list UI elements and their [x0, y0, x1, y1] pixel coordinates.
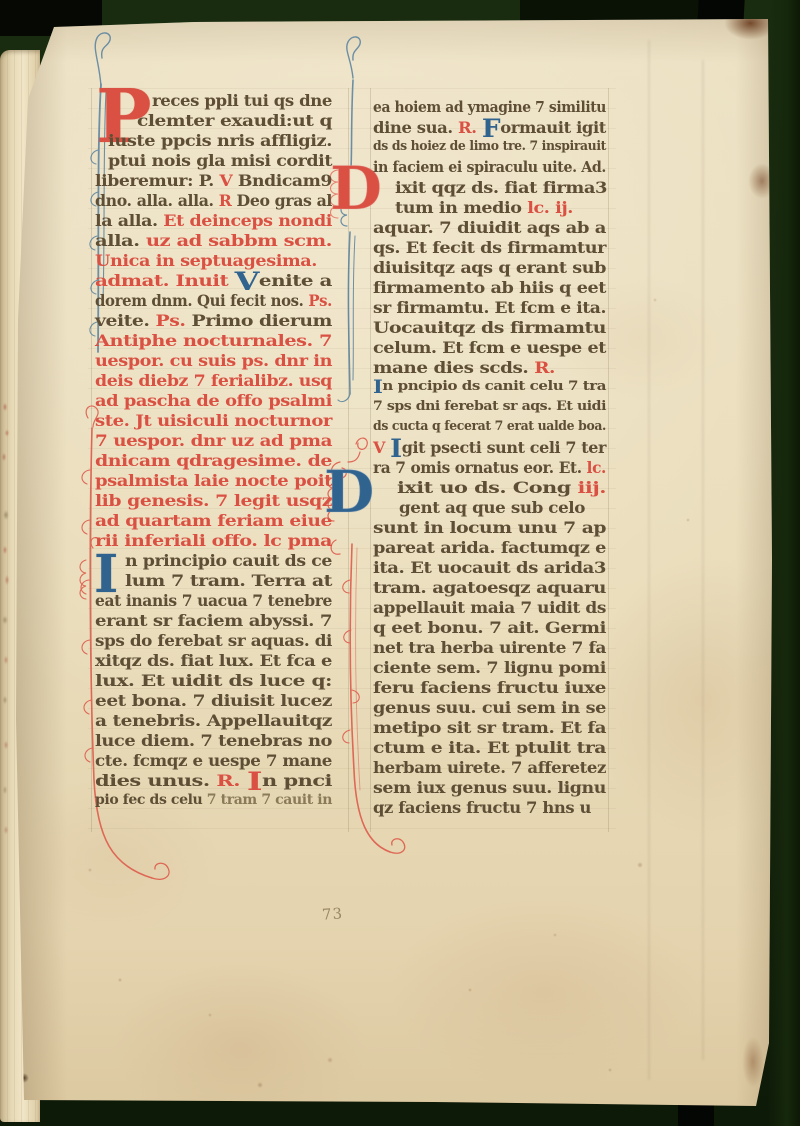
right-column-line-34: herbam uirete. 7 afferetez	[373, 760, 598, 777]
right-column-line-14: mane dies scds. R.	[373, 360, 531, 377]
left-column-line-8: alla. uz ad sabbm scm.	[95, 233, 289, 250]
left-column-line-29: xitqz ds. fiat lux. Et fca e	[95, 653, 307, 670]
right-column-line-19: ra 7 omis ornatus eor. Et. lc.	[373, 460, 616, 477]
right-column-line-15: In pncipio ds canit celu 7 tra	[373, 380, 574, 394]
left-column-line-30: lux. Et uidit ds luce q:	[95, 673, 283, 690]
parchment-crease-2	[702, 60, 704, 1060]
right-column-line-6: tum in medio lc. ij.	[395, 200, 557, 217]
right-column-line-1: ea hoiem ad ymagine 7 similitu	[373, 100, 616, 115]
left-column-line-25: lum 7 tram. Terra at	[125, 573, 299, 590]
left-column-line-22: ad quartam feriam eiue	[95, 513, 298, 530]
right-column-line-21: gent aq que sub celo	[399, 500, 577, 517]
left-column-line-4: ptui nois gla misi cordit	[108, 153, 313, 170]
left-column-line-21: lib genesis. 7 legit usqz	[95, 493, 296, 510]
right-column-line-29: ciente sem. 7 lignu pomi	[373, 660, 585, 677]
right-column-line-18: V Igit psecti sunt celi 7 ter	[373, 440, 606, 457]
right-column-line-35: sem iux genus suu. lignu	[373, 780, 587, 797]
right-column-line-11: sr firmamtu. Et fcm e ita.	[373, 300, 591, 317]
left-column-line-20: psalmista laie nocte poit	[95, 473, 306, 490]
photo-background: PIDD reces ppli tui qs dneclemter exaudi…	[0, 0, 800, 1126]
left-column-line-12: veite. Ps. Primo dierum	[95, 313, 296, 330]
stain-bottom-right	[742, 1036, 764, 1088]
right-column-line-24: ita. Et uocauit ds arida3	[373, 560, 580, 577]
manuscript-page: PIDD reces ppli tui qs dneclemter exaudi…	[14, 19, 774, 1107]
right-column-line-17: ds cucta q fecerat 7 erat ualde boa.	[373, 420, 616, 434]
left-column-line-19: dnicam qdragesime. de	[95, 453, 295, 470]
right-column-line-26: appellauit maia 7 uidit ds	[373, 600, 593, 617]
right-column-line-9: diuisitqz aqs q erant sub	[373, 260, 585, 277]
right-column-line-27: q eet bonu. 7 ait. Germi	[373, 620, 577, 637]
left-column-line-23: rii inferiali offo. lc pma	[95, 533, 294, 550]
left-column-line-13: Antiphe nocturnales. 7	[95, 333, 291, 350]
left-column-line-36: pio fec ds celu 7 tram 7 cauit in	[95, 793, 332, 808]
right-column-line-36: qz faciens fructu 7 hns u	[373, 800, 586, 817]
left-column-line-33: luce diem. 7 tenebras no	[95, 733, 307, 750]
left-column-line-1: reces ppli tui qs dne	[152, 93, 326, 110]
right-column-line-30: feru faciens fructu iuxe	[373, 680, 574, 697]
left-column-line-6: dno. alla. alla. R Deo gras al	[95, 193, 336, 210]
right-column-line-25: tram. agatoesqz aquaru	[373, 580, 577, 597]
left-column-line-16: ad pascha de offo psalmi	[95, 393, 308, 410]
left-column-line-11: dorem dnm. Qui fecit nos. Ps.	[95, 293, 349, 310]
left-column-line-15: deis diebz 7 ferialibz. usq	[95, 373, 314, 390]
right-column-line-33: ctum e ita. Et ptulit tra	[373, 740, 572, 757]
right-column-line-7: aquar. 7 diuidit aqs ab a	[373, 220, 580, 237]
left-column-line-31: eet bona. 7 diuisit lucez	[95, 693, 300, 710]
left-column-line-32: a tenebris. Appellauitqz	[95, 713, 299, 730]
left-column-line-24: n principio cauit ds ce	[125, 553, 316, 570]
ruling-vertical-left	[91, 88, 92, 832]
right-column-line-13: celum. Et fcm e uespe et	[373, 340, 584, 357]
folio-number: 73	[321, 904, 343, 923]
left-column-line-26: eat inanis 7 uacua 7 tenebre	[95, 593, 340, 610]
right-column-line-28: net tra herba uirente 7 fa	[373, 640, 592, 657]
right-column-line-31: genus suu. cui sem in se	[373, 700, 583, 717]
left-column-line-3: iuste ppcis nris affligiz.	[108, 133, 309, 150]
right-column-line-2: dine sua. R. Formauit igit	[373, 120, 600, 137]
left-column-line-27: erant sr faciem abyssi. 7	[95, 613, 305, 630]
right-column-line-5: ixit qqz ds. fiat firma3	[395, 180, 585, 197]
left-column-line-7: la alla. Et deinceps nondi	[95, 213, 312, 230]
left-column-line-9: Unica in septuagesima.	[95, 253, 296, 270]
bleed-through-marks	[0, 395, 16, 865]
left-column-line-35: dies unus. R. In pnci	[95, 773, 276, 790]
left-column-line-18: 7 uespor. dnr uz ad pma	[95, 433, 302, 450]
right-column-line-8: qs. Et fecit ds firmamtur	[373, 240, 584, 257]
left-column-line-34: cte. fcmqz e uespe 7 mane	[95, 753, 322, 770]
right-column-line-20: ixit uo ds. Cong iij.	[397, 480, 558, 497]
left-column-line-17: ste. Jt uisiculi nocturnor	[95, 413, 305, 430]
right-column-line-10: firmamento ab hiis q eet	[373, 280, 584, 297]
right-column-line-4: in faciem ei spiraculu uite. Ad.	[373, 160, 611, 175]
right-column-line-22: sunt in locum unu 7 ap	[373, 520, 572, 537]
left-column-line-5: liberemur: P. V Bndicam9	[95, 173, 315, 190]
right-column-line-32: metipo sit sr tram. Et fa	[373, 720, 579, 737]
background-shadow-right	[768, 0, 800, 1126]
right-column-line-12: Uocauitqz ds firmamtu	[373, 320, 571, 337]
right-column-line-23: pareat arida. factumqz e	[373, 540, 583, 557]
left-column-line-28: sps do ferebat sr aquas. di	[95, 633, 321, 650]
left-column-line-2: clemter exaudi:ut q	[137, 113, 305, 130]
right-column-line-16: 7 sps dni ferebat sr aqs. Et uidi	[373, 400, 588, 414]
parchment-crease-1	[648, 40, 650, 1080]
right-column-line-3: ds ds hoiez de limo tre. 7 inspirauit	[373, 140, 617, 154]
left-column-line-10: admat. Inuit Venite a	[95, 273, 285, 290]
left-column-line-14: uespor. cu suis ps. dnr in	[95, 353, 310, 370]
